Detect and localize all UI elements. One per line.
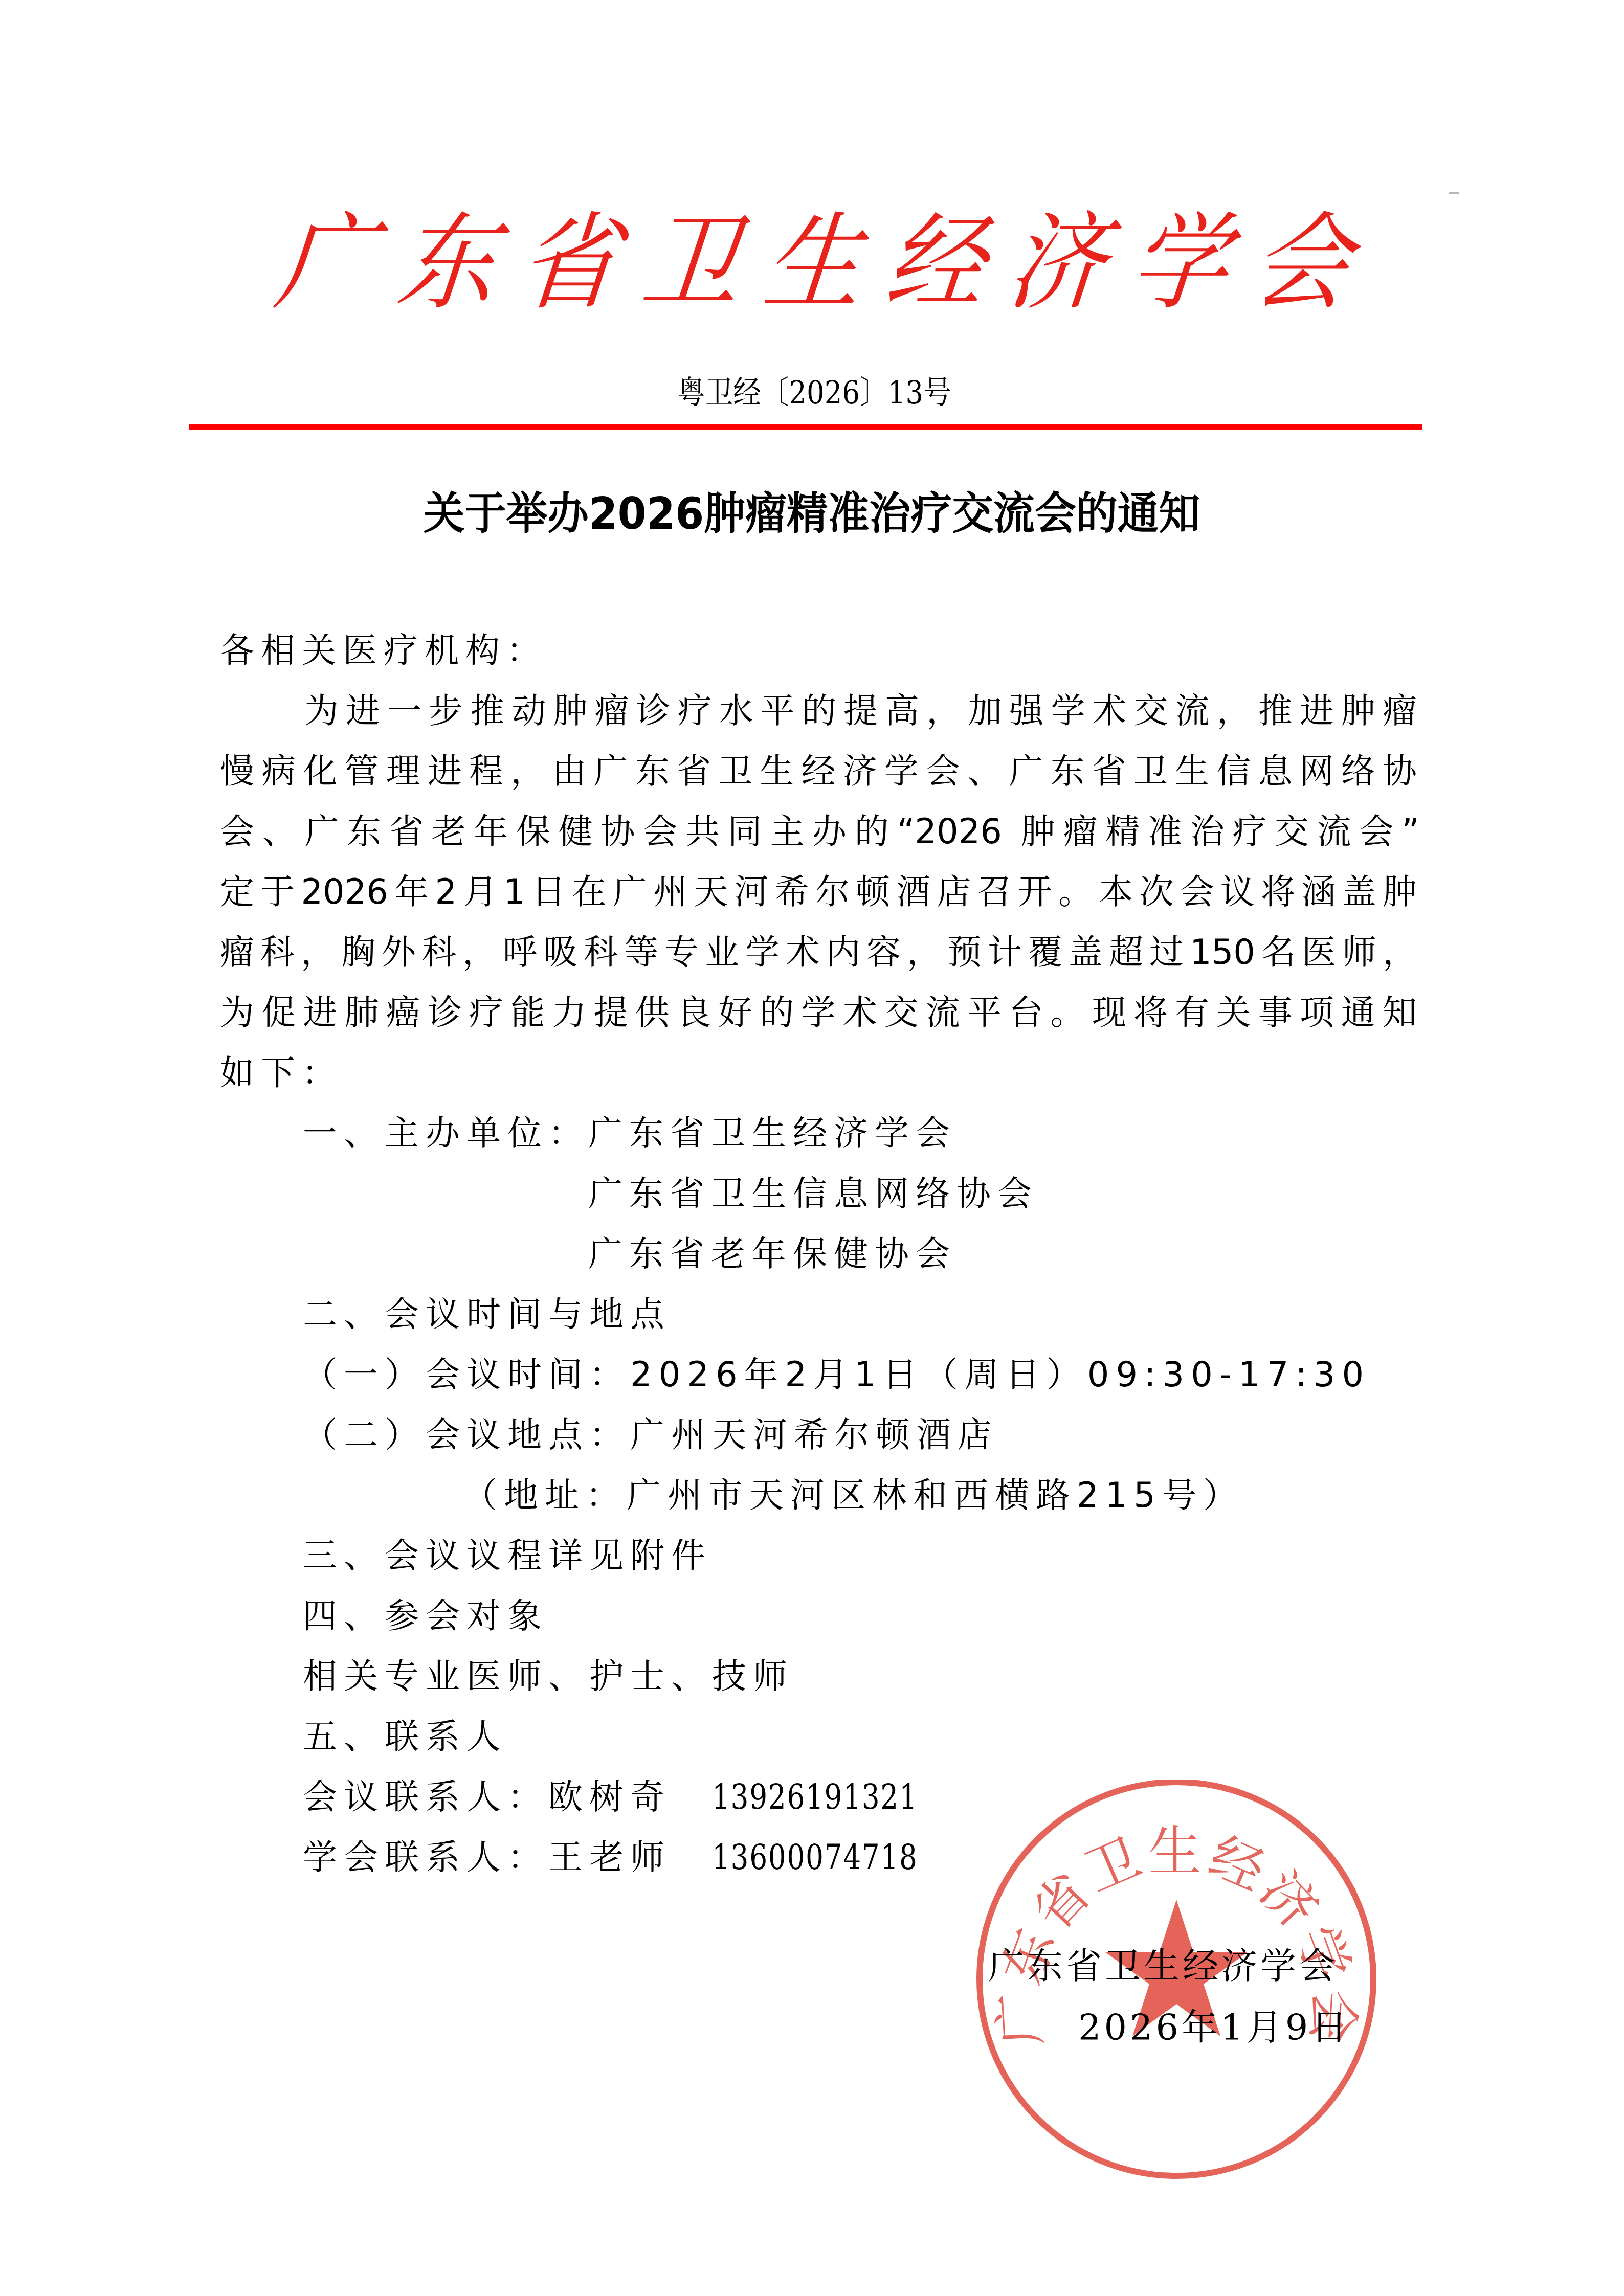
contact-name: 欧树奇 [548, 1777, 671, 1817]
meeting-place-row: （二）会议地点：广州天河希尔顿酒店 [303, 1414, 998, 1455]
letterhead-char: 会 [1247, 200, 1356, 327]
document-number: 粤卫经〔2026〕13号 [98, 372, 1527, 413]
letterhead-char: 经 [881, 200, 990, 327]
letterhead-char: 生 [759, 200, 868, 327]
contact-phone: 13600074718 [712, 1837, 918, 1878]
section-heading-agenda: 三、会议议程详见附件 [303, 1535, 712, 1576]
paragraph-line: 定于2026年2月1日在广州天河希尔顿酒店召开。本次会议将涵盖肿 [220, 871, 1417, 912]
letterhead-char: 省 [514, 200, 624, 327]
paragraph-line: 如下： [220, 1052, 343, 1093]
paragraph-line: 为进一步推动肿瘤诊疗水平的提高，加强学术交流，推进肿瘤 [304, 690, 1417, 731]
scan-artifact [1449, 192, 1459, 194]
meeting-time-value: 2026年2月1日（周日）09:30-17:30 [630, 1355, 1370, 1394]
meeting-time-row: （一）会议时间：2026年2月1日（周日）09:30-17:30 [303, 1354, 1370, 1395]
section-heading-attendees: 四、参会对象 [303, 1595, 548, 1636]
organizer-item: 广东省卫生信息网络协会 [588, 1173, 1038, 1214]
contact-label: 会议联系人： [303, 1777, 548, 1817]
red-divider [189, 424, 1422, 430]
section-heading-time-place: 二、会议时间与地点 [303, 1294, 671, 1335]
contact-row: 学会联系人：王老师 [303, 1837, 671, 1878]
letterhead-char: 学 [1125, 200, 1234, 327]
signature-organization: 广东省卫生经济学会 [988, 1943, 1338, 1989]
letterhead-char: 东 [392, 200, 502, 327]
meeting-place-value: 广州天河希尔顿酒店 [630, 1415, 998, 1455]
paragraph-line: 为促进肺癌诊疗能力提供良好的学术交流平台。现将有关事项通知 [220, 992, 1417, 1033]
paragraph-line: 会、广东省老年保健协会共同主办的“2026 肿瘤精准治疗交流会” [220, 811, 1419, 852]
attendees-value: 相关专业医师、护士、技师 [303, 1656, 794, 1697]
contact-row: 会议联系人：欧树奇 [303, 1776, 671, 1817]
contact-name: 王老师 [548, 1837, 671, 1877]
letterhead-char: 广 [270, 200, 380, 327]
contact-phone: 13926191321 [712, 1776, 918, 1817]
letterhead-char: 卫 [636, 200, 746, 327]
meeting-address: （地址：广州市天河区林和西横路215号） [463, 1475, 1244, 1516]
notice-title: 关于举办2026肿瘤精准治疗交流会的通知 [49, 486, 1575, 542]
meeting-time-label: （一）会议时间： [303, 1355, 630, 1394]
section-heading-contacts: 五、联系人 [303, 1716, 507, 1757]
paragraph-line: 慢病化管理进程，由广东省卫生经济学会、广东省卫生信息网络协 [220, 751, 1417, 792]
letterhead: 广 东 省 卫 生 经 济 学 会 [276, 205, 1350, 322]
contact-label: 学会联系人： [303, 1837, 548, 1877]
organizer-item: 广东省卫生经济学会 [588, 1113, 956, 1154]
paragraph-line: 瘤科，胸外科，呼吸科等专业学术内容，预计覆盖超过150名医师， [220, 932, 1417, 973]
signature-date: 2026年1月9日 [1078, 2005, 1350, 2051]
meeting-place-label: （二）会议地点： [303, 1415, 630, 1455]
section-heading-organizers: 一、主办单位： [303, 1113, 589, 1154]
letterhead-char: 济 [1003, 200, 1112, 327]
organizer-item: 广东省老年保健协会 [588, 1233, 956, 1274]
salutation: 各相关医疗机构： [220, 630, 547, 671]
